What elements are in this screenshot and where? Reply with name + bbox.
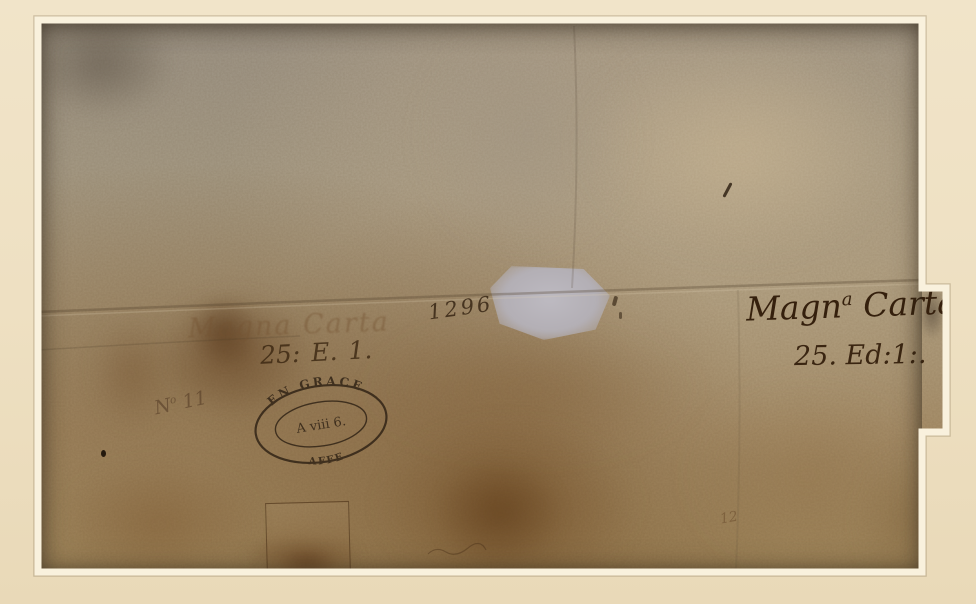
seal-tag-stain [275,548,340,580]
seal-tag-crease [265,501,351,577]
photograph-of-magna-carta-verso: Magna Carta 25: E. 1. 1296 Magna Carta 2… [0,0,976,604]
svg-text:AFFE: AFFE [306,450,347,469]
parchment-grain-texture [38,20,946,572]
stamp-center-text: A viii 6. [294,414,347,437]
parchment-document: Magna Carta 25: E. 1. 1296 Magna Carta 2… [38,20,946,572]
stamp-arc-bottom-text: AFFE [306,450,347,469]
